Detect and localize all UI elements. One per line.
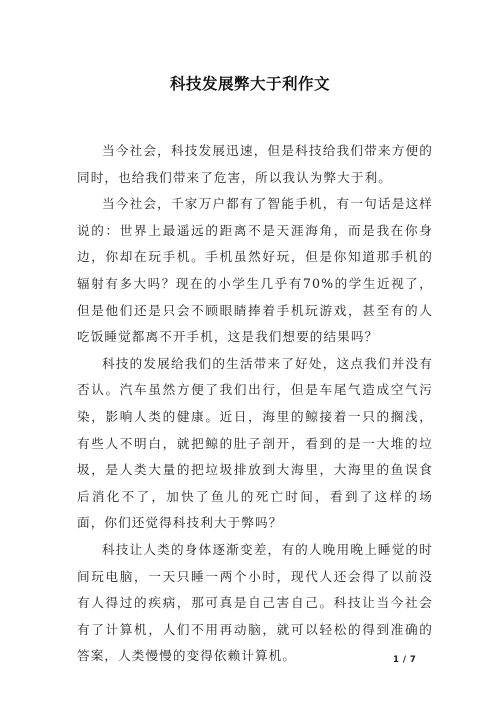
paragraph-4: 科技让人类的身体逐渐变差，有的人晚用晚上睡觉的时间玩电脑，一天只睡一两个小时，现…	[77, 537, 433, 670]
document-title: 科技发展弊大于利作文	[0, 72, 500, 94]
paragraph-3: 科技的发展给我们的生活带来了好处，这点我们并没有否认。汽车虽然方便了我们出行，但…	[77, 351, 433, 537]
document-page: 科技发展弊大于利作文 当今社会，科技发展迅速，但是科技给我们带来方便的同时，也给…	[0, 0, 500, 707]
document-body: 当今社会，科技发展迅速，但是科技给我们带来方便的同时，也给我们带来了危害，所以我…	[77, 138, 433, 670]
page-indicator: 1 / 7	[393, 655, 416, 665]
paragraph-2: 当今社会，千家万户都有了智能手机，有一句话是这样说的：世界上最遥远的距离不是天涯…	[77, 191, 433, 351]
paragraph-1: 当今社会，科技发展迅速，但是科技给我们带来方便的同时，也给我们带来了危害，所以我…	[77, 138, 433, 191]
